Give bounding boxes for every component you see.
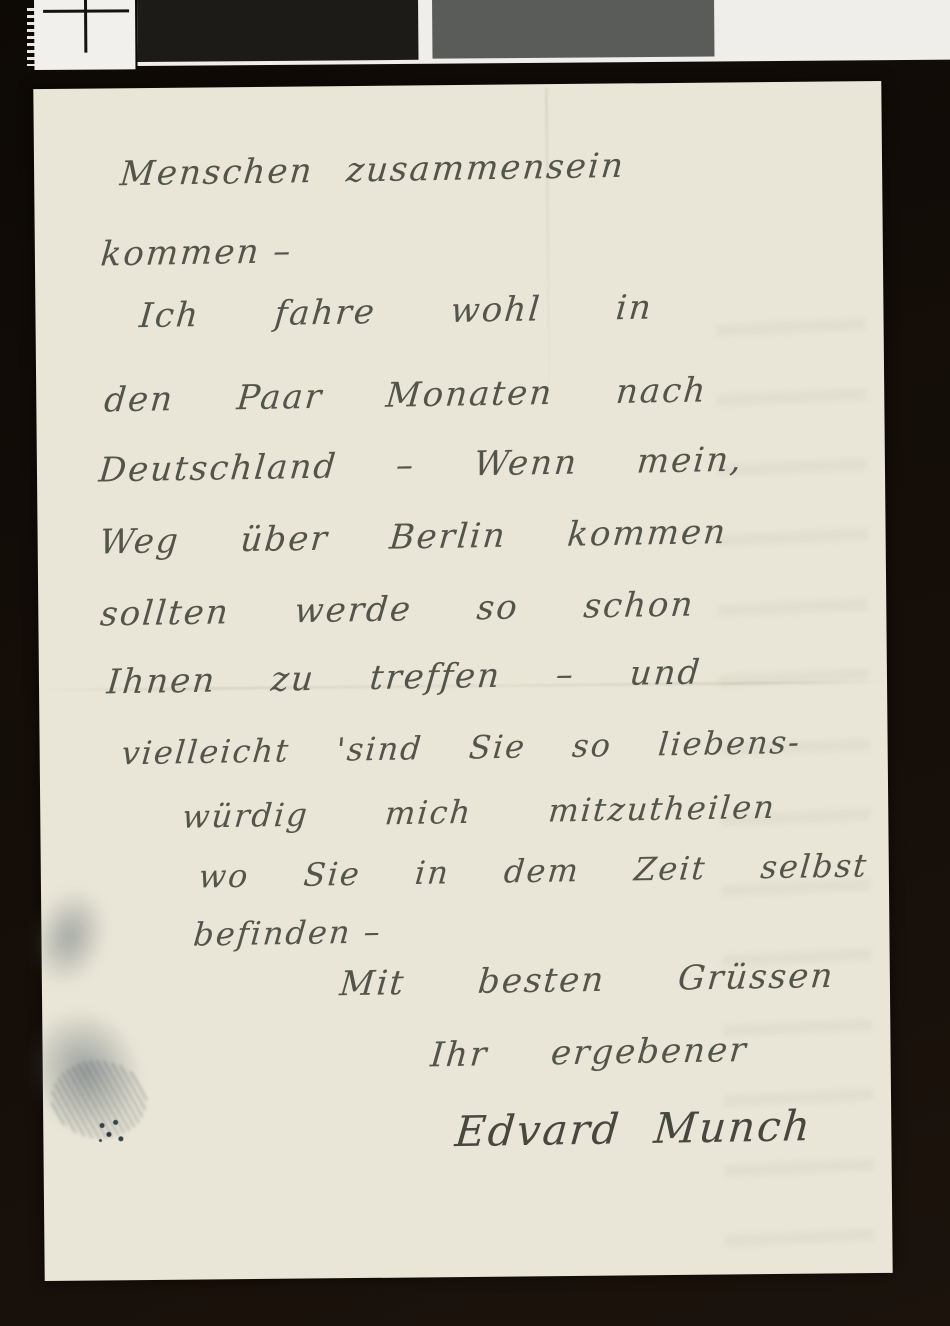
registration-crosshair-icon: [43, 9, 129, 13]
ink-smudge: [20, 878, 119, 995]
black-calibration-patch: [137, 0, 419, 62]
closing-line: Mit besten Grüssen: [338, 956, 836, 1004]
letter-line-5: Deutschland – Wenn mein,: [97, 440, 745, 491]
letter-line-8: Ihnen zu treffen – und: [105, 653, 703, 703]
letter-line-10: würdig mich mitzutheilen: [181, 788, 778, 836]
letter-line-12: befinden –: [192, 912, 384, 953]
valediction-line: Ihr ergebener: [429, 1030, 750, 1075]
letter-line-9: vielleicht 'sind Sie so liebens-: [120, 723, 803, 772]
letter-line-1: Menschen zusammensein: [118, 146, 626, 194]
letter-line-3: Ich fahre wohl in: [138, 288, 655, 337]
calibration-strip: [0, 0, 950, 90]
letter-page: Menschen zusammensein kommen – Ich fahre…: [33, 81, 892, 1281]
letter-line-2: kommen –: [99, 231, 294, 274]
fold-crease-vertical: [545, 88, 550, 418]
registration-crosshair-icon: [84, 0, 87, 53]
letter-line-7: sollten werde so schon: [99, 585, 697, 635]
registration-square: [34, 0, 135, 70]
letter-line-4: den Paar Monaten nach: [103, 370, 709, 420]
signature: Edvard Munch: [453, 1101, 814, 1156]
letter-line-6: Weg über Berlin kommen: [98, 512, 729, 562]
photograph-of-letter: { "image": { "description": "Archival ph…: [0, 0, 950, 1326]
gray-calibration-patch: [432, 0, 715, 59]
grayscale-card: [137, 0, 950, 66]
ink-speckles: [95, 1116, 129, 1146]
